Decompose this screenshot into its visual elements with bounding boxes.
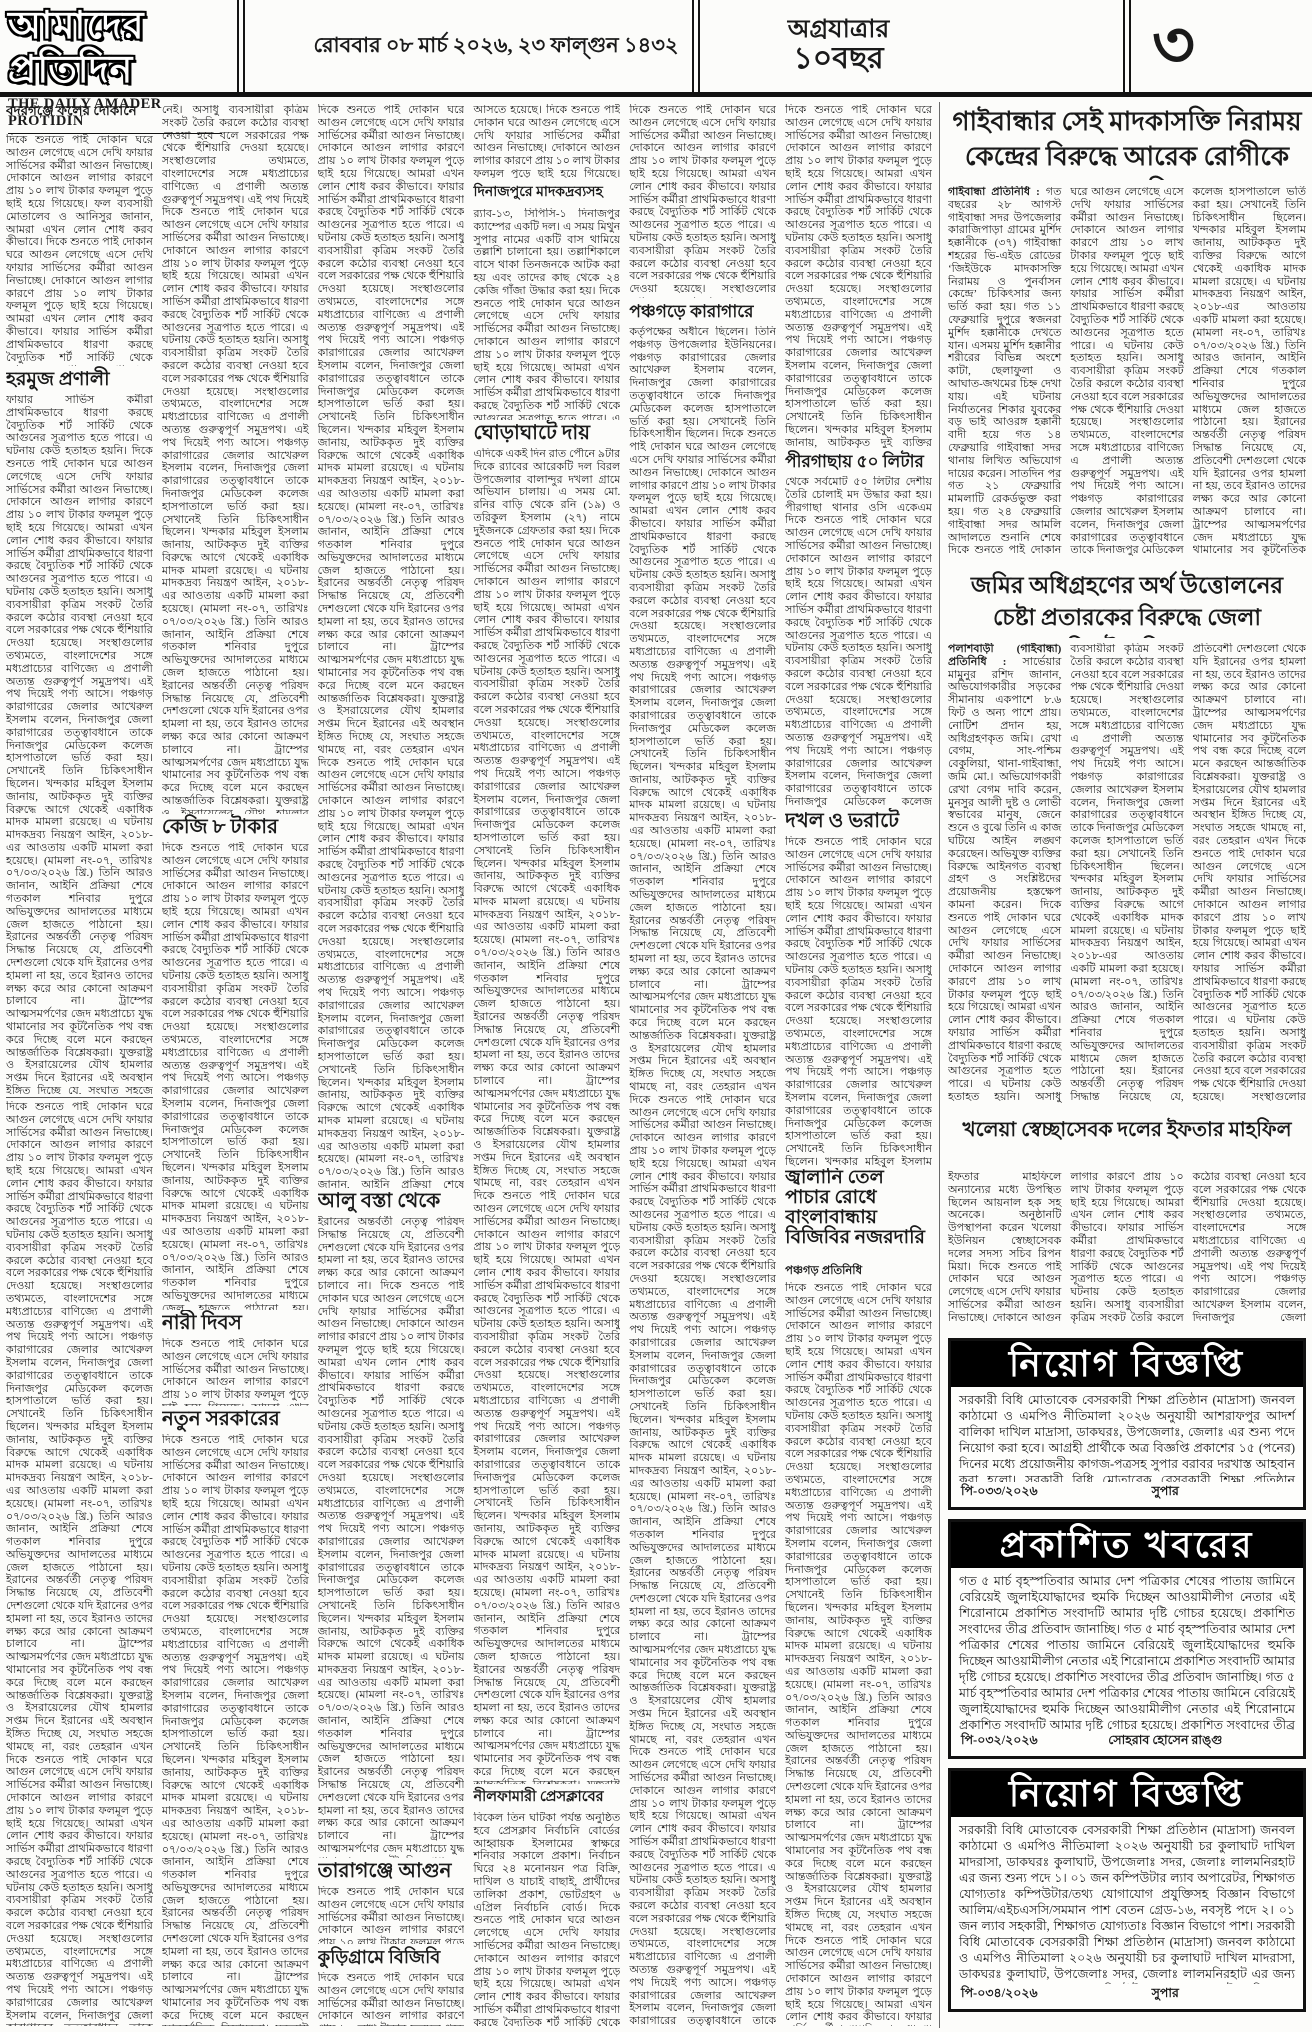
- column-subhead: তারাগঞ্জে আগুন: [318, 1858, 465, 1886]
- article-land-acquisition: পলাশবাড়ী (গাইবান্ধা) প্রতিনিধি : সার্ভে…: [948, 643, 1306, 1111]
- notice-signature: সুপার: [1038, 1985, 1293, 2005]
- body-text-block: বিকেল তিন ঘটিকা পর্যন্ত অনুষ্ঠিত হবে প্র…: [473, 1812, 620, 2026]
- column-headline: বদরগঞ্জে ফলের দোকানে: [6, 104, 153, 134]
- column-subhead: নারী দিবস: [162, 1310, 309, 1338]
- column-6: দিকে শুনতে পাই দোকান ঘরে আগুন লেগেছে এসে…: [785, 104, 932, 2026]
- zone-divider: [939, 102, 940, 2028]
- column-subhead: দিনাজপুরে মাদকদ্রব্যসহ: [473, 178, 620, 208]
- protest-banner: প্রকাশিত খবরের প্রতিবাদ: [951, 1522, 1303, 1568]
- protest-footer: পি-০৩২/২০২৬ সোহরাব হোসেন রাঙ্গু: [951, 1731, 1303, 1756]
- masthead-bengali-title: আমাদের প্রতিদিন: [8, 4, 236, 92]
- protest-ref: পি-০৩২/২০২৬: [961, 1732, 1038, 1752]
- body-text-block: দিকে শুনতে পাই দোকান ঘরে আগুন লেগেছে এসে…: [629, 104, 776, 298]
- notice-footer: পি-০৩৪/২০২৬ সুপার: [951, 1984, 1303, 2009]
- column-subhead: পঞ্চগড়ে কারাগারে: [629, 298, 776, 326]
- body-text-block: দিকে শুনতে পাই দোকান ঘরে আগুন লেগেছে এসে…: [6, 1101, 153, 2026]
- slogan-line2: ১০বছর: [793, 43, 883, 75]
- byline: পঞ্চগড় প্রতিনিধি: [785, 1262, 932, 1282]
- body-text-block: র‍্যাব-১৩, সিপিসি-১ দিনাজপুর ক্যাম্পের এ…: [473, 208, 620, 420]
- column-5: দিকে শুনতে পাই দোকান ঘরে আগুন লেগেছে এসে…: [629, 104, 776, 2026]
- right-zone: গাইবান্ধার সেই মাদকাসক্তি নিরাময় কেন্দ্…: [948, 102, 1306, 2012]
- notice-box-recruitment-2: নিয়োগ বিজ্ঞপ্তি সরকারী বিধি মোতাবেক বেস…: [948, 1768, 1306, 2012]
- body-text-block: দিকে শুনতে পাই দোকান ঘরে আগুন লেগেছে এসে…: [785, 836, 932, 1168]
- body-text-block: আসতে হয়েছে। দিকে শুনতে পাই দোকান ঘরে আগ…: [473, 104, 620, 178]
- dateline: রোববার ০৮ মার্চ ২০২৬, ২৩ ফাল্গুন ১৪৩২: [246, 0, 691, 92]
- subhead-iftar-mahfil: খলেয়া স্বেচ্ছাসেবক দলের ইফতার মাহফিল: [948, 1117, 1306, 1167]
- body-text-block: দিকে শুনতে পাই দোকান ঘরে আগুন লেগেছে এসে…: [318, 104, 465, 1188]
- column-subhead: দখল ও ভরাটে: [785, 808, 932, 836]
- body-text-block: নেই। অসাধু ব্যবসায়ীরা কৃত্রিম সংকট তৈরি…: [162, 104, 309, 814]
- notice-ref: পি-০৩৪/২০২৬: [961, 1985, 1038, 2005]
- header-divider-icon: [1123, 0, 1131, 92]
- slogan-line1: অগ্রযাত্রার: [788, 17, 889, 43]
- notice-box-recruitment-1: নিয়োগ বিজ্ঞপ্তি সরকারী বিধি মোতাবেক বেস…: [948, 1338, 1306, 1510]
- notice-body: সরকারী বিধি মোতাবেক বেসরকারী শিক্ষা প্রত…: [951, 1387, 1303, 1482]
- byline: গাইবান্ধা প্রতিনিধি :: [948, 186, 1046, 198]
- body-text-block: দিকে শুনতে পাই দোকান ঘরে আগুন লেগেছে এসে…: [162, 1338, 309, 1406]
- header-divider-icon: [237, 0, 245, 92]
- newspaper-page: আমাদের প্রতিদিন THE DAILY AMADER PROTIDI…: [0, 0, 1312, 2032]
- notice-banner: নিয়োগ বিজ্ঞপ্তি: [951, 1341, 1303, 1387]
- column-headline: জ্বালানি তেল পাচার রোধে বাংলাবান্ধায় বি…: [785, 1168, 932, 1262]
- body-text-block: কর্তৃপক্ষের অধীনে ছিলেন। তিনি পঞ্চগড় উপ…: [629, 326, 776, 2026]
- header-divider-icon: [692, 0, 700, 92]
- page-body: বদরগঞ্জে ফলের দোকানেদিকে শুনতে পাই দোকান…: [0, 102, 1312, 2032]
- notice-body: সরকারী বিধি মোতাবেক বেসরকারী শিক্ষা প্রত…: [951, 1817, 1303, 1984]
- body-text-block: দিকে শুনতে পাই দোকান ঘরে আগুন লেগেছে এসে…: [318, 1972, 465, 2026]
- column-subhead: হরমুজ প্রণালী: [6, 366, 153, 394]
- notice-footer: পি-০৩৩/২০২৬ সুপার: [951, 1482, 1303, 1507]
- body-text-block: থেকে সর্বমোট ৫০ লিটার দেশীয় তৈরি চোলাই …: [785, 476, 932, 808]
- column-3: দিকে শুনতে পাই দোকান ঘরে আগুন লেগেছে এসে…: [318, 104, 465, 2026]
- article-iftar-mahfil: ইফতার মাহফিলে অন্যান্যের মধ্যে উপস্থিত ছ…: [948, 1171, 1306, 1329]
- article-gaibandha-clinic: গাইবান্ধা প্রতিনিধি : গত বছরের ২৮ আগস্ট …: [948, 186, 1306, 562]
- notice-banner: নিয়োগ বিজ্ঞপ্তি: [951, 1771, 1303, 1817]
- column-subhead: আলু বস্তা থেকে: [318, 1188, 465, 1216]
- column-subhead: পীরগাছায় ৫০ লিটার: [785, 448, 932, 476]
- anniversary-slogan: অগ্রযাত্রার ১০বছর: [731, 0, 946, 92]
- column-2: নেই। অসাধু ব্যবসায়ীরা কৃত্রিম সংকট তৈরি…: [162, 104, 309, 2026]
- body-text-block: দিকে শুনতে পাই দোকান ঘরে আগুন লেগেছে এসে…: [162, 1434, 309, 2026]
- column-4: আসতে হয়েছে। দিকে শুনতে পাই দোকান ঘরে আগ…: [473, 104, 620, 2026]
- byline: পলাশবাড়ী (গাইবান্ধা) প্রতিনিধি :: [948, 643, 1061, 668]
- article-separator-rule: [6, 1097, 153, 1098]
- body-text-block: দিকে শুনতে পাই দোকান ঘরে আগুন লেগেছে এসে…: [6, 134, 153, 366]
- body-text-block: দিকে শুনতে পাই দোকান ঘরে আগুন লেগেছে এসে…: [785, 1282, 932, 2026]
- column-1: বদরগঞ্জে ফলের দোকানেদিকে শুনতে পাই দোকান…: [6, 104, 153, 2026]
- column-subhead: নীলফামারী প্রেসক্লাবের: [473, 1784, 620, 1812]
- notice-signature: সুপার: [1038, 1483, 1293, 1503]
- column-subhead: কেজি ৮ টাকার: [162, 814, 309, 842]
- body-text-block: দিকে শুনতে পাই দোকান ঘরে আগুন লেগেছে এসে…: [162, 842, 309, 1310]
- body-text-block: ফায়ার সার্ভিস কর্মীরা প্রাথমিকভাবে ধারণ…: [6, 394, 153, 1094]
- notice-ref: পি-০৩৩/২০২৬: [961, 1483, 1038, 1503]
- protest-box: প্রকাশিত খবরের প্রতিবাদ গত ৫ মার্চ বৃহস্…: [948, 1519, 1306, 1759]
- protest-body: গত ৫ মার্চ বৃহস্পতিবার আমার দেশ পত্রিকার…: [951, 1568, 1303, 1731]
- body-text-block: এদিকে একই দিন রাত পৌনে ৯টার দিকে র‍্যাবে…: [473, 448, 620, 1784]
- headline-gaibandha-clinic: গাইবান্ধার সেই মাদকাসক্তি নিরাময় কেন্দ্…: [948, 104, 1306, 180]
- body-text-block: ইরানের অন্তর্বর্তী নেতৃত্ব পরিষদ সিদ্ধান…: [318, 1216, 465, 1858]
- header-rule: [0, 92, 1312, 97]
- protest-signature: সোহরাব হোসেন রাঙ্গু: [1038, 1732, 1293, 1752]
- body-text-block: দিকে শুনতে পাই দোকান ঘরে আগুন লেগেছে এসে…: [785, 104, 932, 448]
- masthead-bar: আমাদের প্রতিদিন THE DAILY AMADER PROTIDI…: [0, 0, 1312, 92]
- body-text-block: দিকে শুনতে পাই দোকান ঘরে আগুন লেগেছে এসে…: [318, 1886, 465, 1944]
- masthead: আমাদের প্রতিদিন THE DAILY AMADER PROTIDI…: [0, 0, 236, 92]
- headline-land-acquisition: জমির অধিগ্রহণের অর্থ উত্তোলনের চেষ্টা প্…: [948, 570, 1306, 638]
- column-subhead: নতুন সরকারের: [162, 1406, 309, 1434]
- header-spacer: [946, 0, 1122, 92]
- page-number: ৩: [1132, 0, 1312, 92]
- column-subhead: ঘোড়াঘাটে দায়: [473, 420, 620, 448]
- left-columns: বদরগঞ্জে ফলের দোকানেদিকে শুনতে পাই দোকান…: [6, 104, 932, 2026]
- column-subhead: কুড়িগ্রামে বিজিবি: [318, 1944, 465, 1972]
